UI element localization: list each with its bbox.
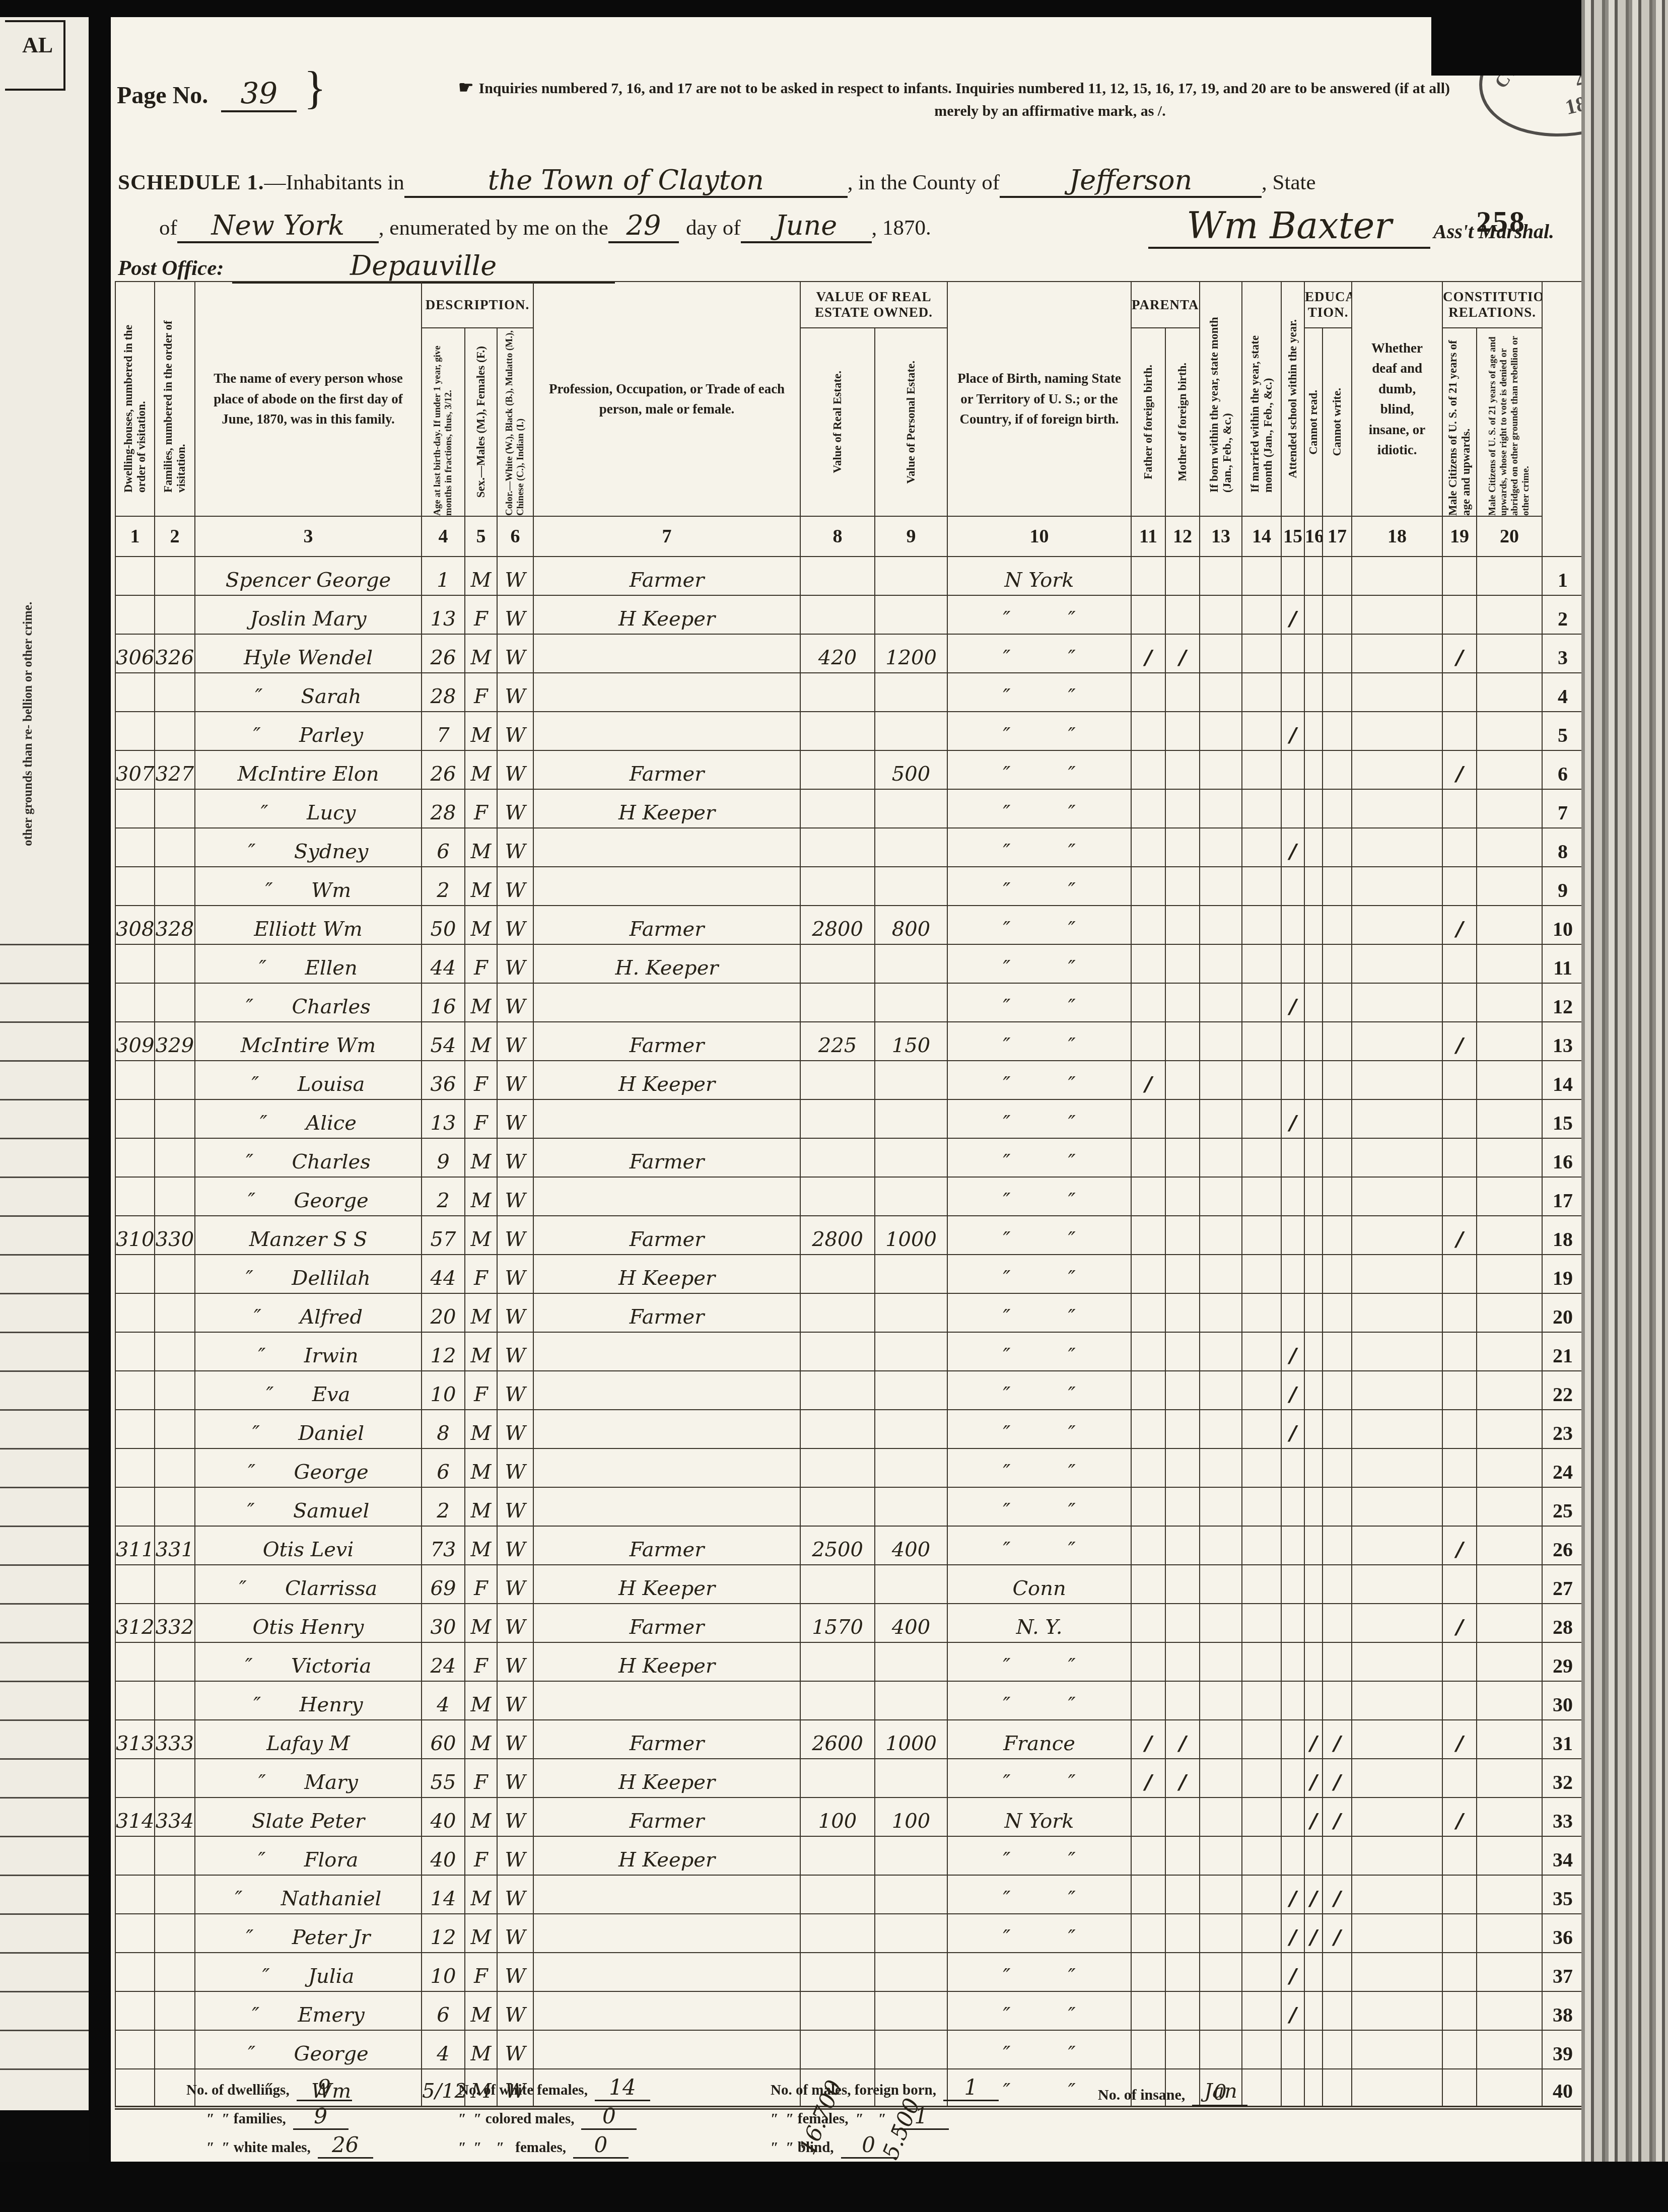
cell-personal_estate — [875, 1410, 947, 1448]
cell-mark-11 — [1131, 1565, 1165, 1604]
cell-sex: F — [465, 1099, 497, 1138]
cell-mark-20 — [1477, 828, 1542, 867]
table-row: 314334Slate Peter40MWFarmer100100N York/… — [115, 1798, 1583, 1836]
cell-mark-12 — [1165, 1681, 1200, 1720]
cell-mark-17 — [1323, 1177, 1352, 1216]
col-header-3: The name of every person whose place of … — [195, 282, 422, 516]
cell-mark-17 — [1323, 944, 1352, 983]
cell-dw — [115, 828, 155, 867]
cell-age: 6 — [422, 1448, 465, 1487]
cell-age: 2 — [422, 1487, 465, 1526]
cell-personal_estate — [875, 1836, 947, 1875]
cell-mark-16 — [1304, 1836, 1323, 1875]
cell-dw — [115, 867, 155, 906]
cell-mark-18 — [1352, 1022, 1442, 1061]
cell-mark-17 — [1323, 1953, 1352, 1991]
cell-dw: 309 — [115, 1022, 155, 1061]
cell-mark-16 — [1304, 1487, 1323, 1526]
cell-occupation — [533, 1875, 800, 1914]
cell-sex: M — [465, 1991, 497, 2030]
cell-fam — [155, 1991, 195, 2030]
col-header-8: Value of Real Estate. — [800, 328, 875, 516]
cell-dw: 313 — [115, 1720, 155, 1759]
cell-mark-11 — [1131, 1177, 1165, 1216]
cell-sex: M — [465, 828, 497, 867]
cell-mark-11 — [1131, 1410, 1165, 1448]
row-number: 31 — [1542, 1720, 1583, 1759]
tally-label: ″ ″ ″ females, — [458, 2139, 566, 2156]
cell-mark-19: / — [1442, 750, 1477, 789]
row-number: 26 — [1542, 1526, 1583, 1565]
cell-fam — [155, 2030, 195, 2069]
cell-dw: 306 — [115, 634, 155, 673]
cell-mark-13 — [1200, 1798, 1242, 1836]
cell-mark-11 — [1131, 673, 1165, 712]
cell-mark-17 — [1323, 828, 1352, 867]
cell-birthplace: ″ ″ — [947, 1914, 1131, 1953]
cell-mark-15 — [1281, 1448, 1304, 1487]
cell-mark-17 — [1323, 1681, 1352, 1720]
cell-mark-14 — [1242, 983, 1281, 1022]
cell-dw — [115, 2030, 155, 2069]
cell-mark-12: / — [1165, 1720, 1200, 1759]
cell-mark-14 — [1242, 1798, 1281, 1836]
cell-mark-15 — [1281, 2030, 1304, 2069]
cell-birthplace: ″ ″ — [947, 1642, 1131, 1681]
cell-mark-19 — [1442, 1410, 1477, 1448]
cell-mark-15 — [1281, 1836, 1304, 1875]
cell-mark-13 — [1200, 1953, 1242, 1991]
cell-fam — [155, 712, 195, 750]
cell-mark-18 — [1352, 1836, 1442, 1875]
sliver-fragment-text: other grounds than re- bellion or other … — [20, 116, 37, 846]
cell-mark-14 — [1242, 1875, 1281, 1914]
cell-mark-20 — [1477, 1255, 1542, 1293]
cell-occupation — [533, 1448, 800, 1487]
row-number: 4 — [1542, 673, 1583, 712]
cell-color: W — [497, 1138, 533, 1177]
cell-mark-11 — [1131, 906, 1165, 944]
cell-mark-13 — [1200, 906, 1242, 944]
table-row: 313333Lafay M60MWFarmer26001000France///… — [115, 1720, 1583, 1759]
cell-age: 12 — [422, 1914, 465, 1953]
cell-mark-12 — [1165, 1991, 1200, 2030]
cell-mark-12 — [1165, 1914, 1200, 1953]
cell-color: W — [497, 1487, 533, 1526]
cell-mark-12 — [1165, 906, 1200, 944]
tally-value: 26 — [318, 2132, 373, 2159]
cell-dw — [115, 1448, 155, 1487]
cell-fam — [155, 1759, 195, 1798]
cell-mark-13 — [1200, 712, 1242, 750]
cell-occupation — [533, 1681, 800, 1720]
cell-mark-14 — [1242, 1138, 1281, 1177]
row-number: 33 — [1542, 1798, 1583, 1836]
group-header-education: EDUCA- TION. — [1304, 282, 1352, 328]
tally-value: 9 — [293, 2104, 349, 2130]
cell-mark-13 — [1200, 2030, 1242, 2069]
cell-personal_estate — [875, 1448, 947, 1487]
cell-mark-17 — [1323, 1022, 1352, 1061]
row-number: 39 — [1542, 2030, 1583, 2069]
cell-name: ″ Charles — [195, 1138, 422, 1177]
cell-mark-16 — [1304, 1216, 1323, 1255]
cell-mark-13 — [1200, 828, 1242, 867]
cell-mark-19 — [1442, 1759, 1477, 1798]
cell-sex: F — [465, 1061, 497, 1099]
cell-mark-18 — [1352, 1914, 1442, 1953]
cell-age: 10 — [422, 1371, 465, 1410]
cell-mark-13 — [1200, 983, 1242, 1022]
cell-mark-15: / — [1281, 712, 1304, 750]
cell-mark-17 — [1323, 1448, 1352, 1487]
cell-occupation: Farmer — [533, 750, 800, 789]
cell-mark-19: / — [1442, 1022, 1477, 1061]
cell-mark-11 — [1131, 944, 1165, 983]
cell-real_estate — [800, 1293, 875, 1332]
cell-name: ″ George — [195, 1177, 422, 1216]
cell-mark-13 — [1200, 673, 1242, 712]
schedule-prefix: SCHEDULE 1. — [118, 170, 264, 195]
cell-sex: M — [465, 1720, 497, 1759]
cell-mark-13 — [1200, 1642, 1242, 1681]
cell-mark-15: / — [1281, 1371, 1304, 1410]
cell-mark-12 — [1165, 1487, 1200, 1526]
cell-color: W — [497, 944, 533, 983]
cell-personal_estate — [875, 1099, 947, 1138]
cell-mark-14 — [1242, 1022, 1281, 1061]
cell-mark-15 — [1281, 1759, 1304, 1798]
cell-name: ″ Irwin — [195, 1332, 422, 1371]
cell-mark-17 — [1323, 1099, 1352, 1138]
table-row: ″ Eva10FW″ ″/22 — [115, 1371, 1583, 1410]
cell-age: 40 — [422, 1798, 465, 1836]
cell-name: Joslin Mary — [195, 595, 422, 634]
cell-mark-13 — [1200, 1410, 1242, 1448]
cell-name: ″ Henry — [195, 1681, 422, 1720]
cell-mark-17 — [1323, 1255, 1352, 1293]
cell-name: ″ Parley — [195, 712, 422, 750]
row-number: 5 — [1542, 712, 1583, 750]
cell-occupation — [533, 867, 800, 906]
cell-mark-18 — [1352, 712, 1442, 750]
cell-fam — [155, 789, 195, 828]
cell-mark-14 — [1242, 673, 1281, 712]
cell-sex: M — [465, 1681, 497, 1720]
cell-mark-19 — [1442, 1099, 1477, 1138]
cell-age: 2 — [422, 1177, 465, 1216]
cell-dw — [115, 1255, 155, 1293]
cell-birthplace: ″ ″ — [947, 1332, 1131, 1371]
cell-sex: M — [465, 750, 497, 789]
county-label: , in the County of — [848, 170, 1000, 195]
cell-fam — [155, 1681, 195, 1720]
row-number: 40 — [1542, 2069, 1583, 2108]
cell-mark-11: / — [1131, 1720, 1165, 1759]
cell-mark-16 — [1304, 673, 1323, 712]
cell-occupation: Farmer — [533, 1293, 800, 1332]
cell-sex: F — [465, 1953, 497, 1991]
cell-mark-18 — [1352, 1798, 1442, 1836]
cell-mark-15: / — [1281, 1914, 1304, 1953]
cell-mark-11 — [1131, 1099, 1165, 1138]
cell-mark-17 — [1323, 750, 1352, 789]
cell-occupation — [533, 2030, 800, 2069]
cell-dw — [115, 1138, 155, 1177]
cell-mark-18 — [1352, 1216, 1442, 1255]
cell-fam: 329 — [155, 1022, 195, 1061]
row-number: 28 — [1542, 1604, 1583, 1642]
cell-mark-19 — [1442, 1332, 1477, 1371]
cell-mark-12 — [1165, 1061, 1200, 1099]
cell-dw — [115, 789, 155, 828]
cell-mark-12 — [1165, 1448, 1200, 1487]
cell-color: W — [497, 1410, 533, 1448]
cell-mark-17: / — [1323, 1875, 1352, 1914]
cell-name: Otis Henry — [195, 1604, 422, 1642]
cell-dw — [115, 1681, 155, 1720]
cell-occupation: H Keeper — [533, 1759, 800, 1798]
cell-birthplace: ″ ″ — [947, 1953, 1131, 1991]
cell-mark-15 — [1281, 1216, 1304, 1255]
cell-fam — [155, 1410, 195, 1448]
county-value: Jefferson — [1000, 164, 1262, 198]
cell-personal_estate: 400 — [875, 1604, 947, 1642]
cell-personal_estate — [875, 1487, 947, 1526]
cell-birthplace: ″ ″ — [947, 828, 1131, 867]
census-table-body: Spencer George1MWFarmerN York1Joslin Mar… — [115, 557, 1583, 2108]
cell-mark-19 — [1442, 1565, 1477, 1604]
cell-mark-12 — [1165, 983, 1200, 1022]
cell-mark-17 — [1323, 1487, 1352, 1526]
cell-personal_estate — [875, 1293, 947, 1332]
cell-mark-20 — [1477, 1836, 1542, 1875]
table-row: ″ Mary55FWH Keeper″ ″////32 — [115, 1759, 1583, 1798]
cell-mark-14 — [1242, 1526, 1281, 1565]
cell-real_estate: 420 — [800, 634, 875, 673]
cell-sex: M — [465, 1022, 497, 1061]
cell-fam — [155, 1332, 195, 1371]
year-label: , 1870. — [872, 216, 931, 240]
marshal-signature: Wm Baxter — [1148, 204, 1430, 249]
cell-mark-16 — [1304, 1526, 1323, 1565]
cell-mark-13 — [1200, 1448, 1242, 1487]
cell-mark-15 — [1281, 1177, 1304, 1216]
schedule-line1: SCHEDULE 1. —Inhabitants in the Town of … — [118, 164, 1316, 198]
col-header-13: If born within the year, state month (Ja… — [1200, 282, 1242, 516]
table-row: ″ Alice13FW″ ″/15 — [115, 1099, 1583, 1138]
state-value: New York — [177, 210, 379, 243]
cell-name: Elliott Wm — [195, 906, 422, 944]
table-row: ″ Sarah28FW″ ″4 — [115, 673, 1583, 712]
cell-fam — [155, 1565, 195, 1604]
cell-mark-20 — [1477, 750, 1542, 789]
cell-fam — [155, 983, 195, 1022]
cell-mark-13 — [1200, 557, 1242, 595]
cell-mark-13 — [1200, 1293, 1242, 1332]
table-row: ″ Victoria24FWH Keeper″ ″29 — [115, 1642, 1583, 1681]
tally-label: ″ ″ white males, — [206, 2139, 311, 2156]
cell-mark-19: / — [1442, 1720, 1477, 1759]
cell-occupation — [533, 1991, 800, 2030]
cell-sex: M — [465, 1448, 497, 1487]
cell-mark-16 — [1304, 1177, 1323, 1216]
cell-mark-11 — [1131, 1332, 1165, 1371]
cell-mark-15 — [1281, 750, 1304, 789]
row-number: 7 — [1542, 789, 1583, 828]
insane-label: No. of insane, — [1098, 2087, 1185, 2104]
table-row: ″ Daniel8MW″ ″/23 — [115, 1410, 1583, 1448]
cell-dw — [115, 557, 155, 595]
state-label: , State — [1262, 170, 1315, 195]
cell-dw: 307 — [115, 750, 155, 789]
table-row: ″ Samuel2MW″ ″25 — [115, 1487, 1583, 1526]
cell-birthplace: N York — [947, 557, 1131, 595]
cell-mark-18 — [1352, 673, 1442, 712]
cell-personal_estate — [875, 1914, 947, 1953]
cell-mark-18 — [1352, 1642, 1442, 1681]
cell-fam — [155, 557, 195, 595]
cell-personal_estate — [875, 983, 947, 1022]
col-number-4: 4 — [422, 516, 465, 557]
cell-fam: 326 — [155, 634, 195, 673]
cell-personal_estate — [875, 1875, 947, 1914]
col-number-8: 8 — [800, 516, 875, 557]
schedule-title: —Inhabitants in — [264, 170, 404, 195]
cell-mark-15: / — [1281, 828, 1304, 867]
cell-mark-16 — [1304, 1681, 1323, 1720]
cell-sex: M — [465, 1293, 497, 1332]
cell-personal_estate — [875, 789, 947, 828]
cell-mark-17 — [1323, 1371, 1352, 1410]
inquiries-text1: Inquiries numbered 7, 16, and 17 are not… — [478, 80, 1449, 97]
cell-mark-12: / — [1165, 634, 1200, 673]
cell-fam: 328 — [155, 906, 195, 944]
cell-fam: 333 — [155, 1720, 195, 1759]
cell-name: ″ Mary — [195, 1759, 422, 1798]
col-header-9: Value of Personal Estate. — [875, 328, 947, 516]
cell-occupation: H Keeper — [533, 595, 800, 634]
cell-mark-15 — [1281, 1138, 1304, 1177]
cell-name: ″ Sydney — [195, 828, 422, 867]
cell-mark-20 — [1477, 1991, 1542, 2030]
col-number-6: 6 — [497, 516, 533, 557]
inquiries-note: ☛Inquiries numbered 7, 16, and 17 are no… — [458, 76, 1642, 122]
table-row: 311331Otis Levi73MWFarmer2500400″ ″/26 — [115, 1526, 1583, 1565]
row-number: 30 — [1542, 1681, 1583, 1720]
cell-sex: M — [465, 1875, 497, 1914]
col-header-18: Whether deaf and dumb, blind, insane, or… — [1352, 282, 1442, 516]
cell-mark-11 — [1131, 1604, 1165, 1642]
cell-mark-15 — [1281, 557, 1304, 595]
cell-mark-13 — [1200, 1720, 1242, 1759]
cell-mark-13 — [1200, 1836, 1242, 1875]
cell-sex: M — [465, 1177, 497, 1216]
cell-occupation: Farmer — [533, 557, 800, 595]
cell-occupation: Farmer — [533, 1138, 800, 1177]
cell-mark-19 — [1442, 1293, 1477, 1332]
cell-mark-13 — [1200, 634, 1242, 673]
cell-real_estate — [800, 1681, 875, 1720]
cell-color: W — [497, 1798, 533, 1836]
cell-sex: F — [465, 789, 497, 828]
table-row: ″ Dellilah44FWH Keeper″ ″19 — [115, 1255, 1583, 1293]
col-header-12: Mother of foreign birth. — [1165, 328, 1200, 516]
cell-color: W — [497, 2030, 533, 2069]
cell-real_estate — [800, 828, 875, 867]
cell-mark-14 — [1242, 750, 1281, 789]
cell-real_estate — [800, 1332, 875, 1371]
cell-mark-11 — [1131, 789, 1165, 828]
insane-value: 0 — [1192, 2080, 1247, 2106]
cell-mark-18 — [1352, 867, 1442, 906]
cell-age: 14 — [422, 1875, 465, 1914]
cell-real_estate — [800, 673, 875, 712]
cell-sex: M — [465, 1332, 497, 1371]
cell-birthplace: ″ ″ — [947, 983, 1131, 1022]
cell-mark-12 — [1165, 595, 1200, 634]
col-number-13: 13 — [1200, 516, 1242, 557]
cell-dw — [115, 1642, 155, 1681]
post-office-label: Post Office: — [118, 256, 224, 281]
cell-mark-19: / — [1442, 634, 1477, 673]
col-header-16: Cannot read. — [1304, 328, 1323, 516]
cell-name: ″ Daniel — [195, 1410, 422, 1448]
marshal-signature-block: Wm Baxter Ass't Marshal. — [1148, 204, 1554, 249]
cell-mark-20 — [1477, 1138, 1542, 1177]
cell-mark-17 — [1323, 1138, 1352, 1177]
cell-color: W — [497, 1759, 533, 1798]
cell-mark-17 — [1323, 1061, 1352, 1099]
cell-birthplace: ″ ″ — [947, 1099, 1131, 1138]
cell-mark-20 — [1477, 595, 1542, 634]
cell-color: W — [497, 1022, 533, 1061]
cell-real_estate — [800, 1371, 875, 1410]
cell-mark-19: / — [1442, 906, 1477, 944]
table-row: 308328Elliott Wm50MWFarmer2800800″ ″/10 — [115, 906, 1583, 944]
cell-mark-20 — [1477, 867, 1542, 906]
col-number-11: 11 — [1131, 516, 1165, 557]
cell-mark-11 — [1131, 1371, 1165, 1410]
cell-sex: M — [465, 1138, 497, 1177]
cell-mark-17: / — [1323, 1759, 1352, 1798]
cell-personal_estate — [875, 1177, 947, 1216]
cell-mark-18 — [1352, 750, 1442, 789]
cell-mark-14 — [1242, 944, 1281, 983]
cell-sex: M — [465, 867, 497, 906]
cell-name: ″ Sarah — [195, 673, 422, 712]
cell-mark-18 — [1352, 1061, 1442, 1099]
cell-mark-13 — [1200, 1875, 1242, 1914]
cell-sex: F — [465, 1642, 497, 1681]
cell-sex: F — [465, 944, 497, 983]
cell-personal_estate — [875, 1642, 947, 1681]
cell-age: 16 — [422, 983, 465, 1022]
cell-age: 55 — [422, 1759, 465, 1798]
cell-age: 36 — [422, 1061, 465, 1099]
cell-sex: M — [465, 1604, 497, 1642]
cell-real_estate — [800, 1099, 875, 1138]
cell-fam — [155, 1138, 195, 1177]
cell-color: W — [497, 1604, 533, 1642]
table-row: Spencer George1MWFarmerN York1 — [115, 557, 1583, 595]
cell-mark-14 — [1242, 557, 1281, 595]
post-office-value: Depauville — [232, 250, 615, 284]
cell-mark-18 — [1352, 1293, 1442, 1332]
cell-real_estate: 2800 — [800, 906, 875, 944]
cell-birthplace: ″ ″ — [947, 712, 1131, 750]
cell-real_estate — [800, 789, 875, 828]
